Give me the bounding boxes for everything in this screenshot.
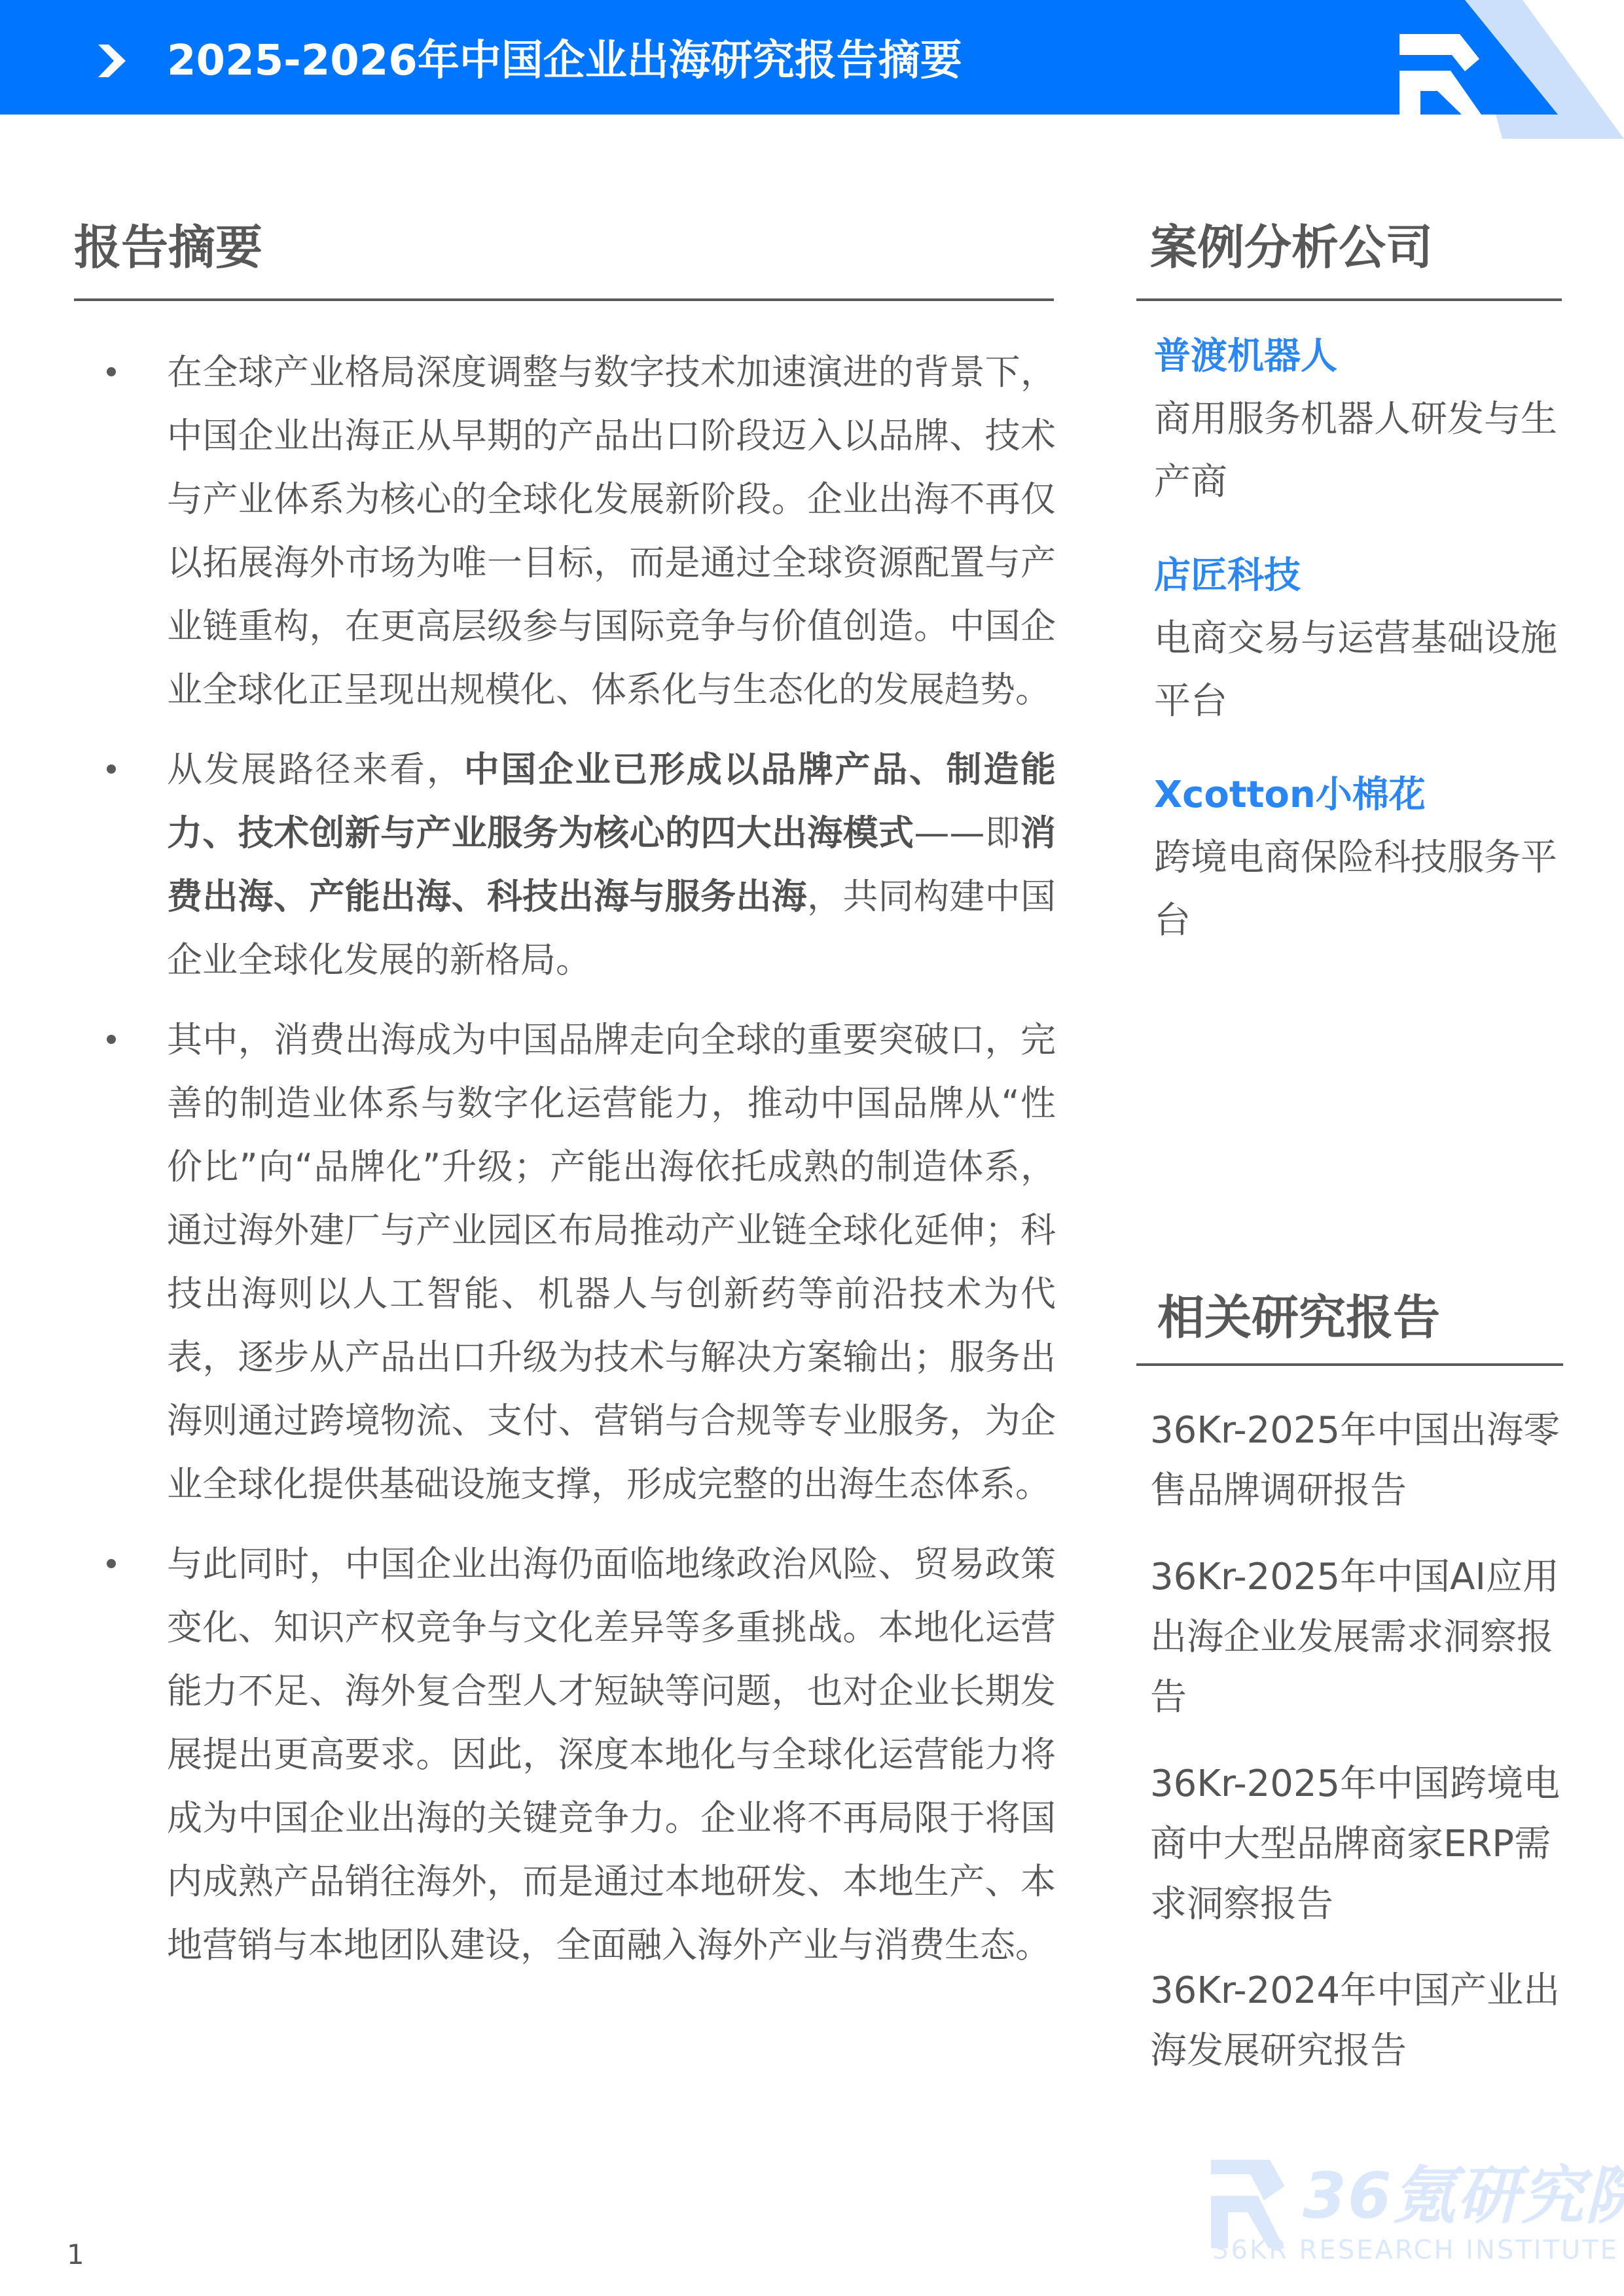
reports-divider (1136, 1363, 1563, 1366)
institute-watermark: 36氪研究院 36KR RESEARCH INSTITUTE (1204, 2147, 1597, 2265)
cases-divider (1136, 298, 1562, 301)
bullet-text: 在全球产业格局深度调整与数字技术加速演进的背景下，中国企业出海正从早期的产品出口… (167, 351, 1056, 710)
summary-heading: 报告摘要 (74, 218, 262, 277)
summary-bullet: 从发展路径来看，中国企业已形成以品牌产品、制造能力、技术创新与产业服务为核心的四… (74, 738, 1056, 992)
case-company-name: Xcotton小棉花 (1154, 769, 1566, 821)
related-report-link[interactable]: 36Kr-2025年中国AI应用出海企业发展需求洞察报告 (1150, 1547, 1569, 1728)
bullet-dot-icon (107, 764, 116, 774)
bullet-text: 其中，消费出海成为中国品牌走向全球的重要突破口，完善的制造业体系与数字化运营能力… (167, 1019, 1056, 1505)
reports-heading: 相关研究报告 (1157, 1288, 1440, 1347)
related-report-link[interactable]: 36Kr-2024年中国产业出海发展研究报告 (1150, 1961, 1569, 2081)
cases-heading: 案例分析公司 (1150, 218, 1433, 277)
36kr-r-logo-icon (1399, 34, 1481, 115)
case-item: 普渡机器人 商用服务机器人研发与生产商 (1154, 331, 1566, 514)
watermark-en-text: 36KR RESEARCH INSTITUTE (1212, 2234, 1619, 2267)
watermark-cn-text: 36氪研究院 (1303, 2160, 1624, 2232)
related-report-link[interactable]: 36Kr-2025年中国跨境电商中大型品牌商家ERP需求洞察报告 (1150, 1754, 1569, 1935)
case-item: Xcotton小棉花 跨境电商保险科技服务平台 (1154, 769, 1566, 952)
bullet-text: ——即 (914, 812, 1020, 853)
summary-bullet: 其中，消费出海成为中国品牌走向全球的重要突破口，完善的制造业体系与数字化运营能力… (74, 1008, 1056, 1516)
bullet-dot-icon (107, 1035, 116, 1044)
summary-divider (74, 298, 1054, 301)
case-company-desc: 电商交易与运营基础设施平台 (1154, 607, 1566, 733)
case-item: 店匠科技 电商交易与运营基础设施平台 (1154, 550, 1566, 733)
page-number: 1 (67, 2238, 84, 2271)
case-company-name: 普渡机器人 (1154, 331, 1566, 383)
summary-list: 在全球产业格局深度调整与数字技术加速演进的背景下，中国企业出海正从早期的产品出口… (74, 340, 1056, 1993)
case-company-desc: 跨境电商保险科技服务平台 (1154, 827, 1566, 952)
bullet-text: 从发展路径来看， (167, 749, 464, 790)
related-report-link[interactable]: 36Kr-2025年中国出海零售品牌调研报告 (1150, 1401, 1569, 1521)
chevron-right-icon (97, 45, 128, 77)
summary-bullet: 在全球产业格局深度调整与数字技术加速演进的背景下，中国企业出海正从早期的产品出口… (74, 340, 1056, 721)
page-header: 2025-2026年中国企业出海研究报告摘要 (0, 0, 1624, 139)
summary-bullet: 与此同时，中国企业出海仍面临地缘政治风险、贸易政策变化、知识产权竞争与文化差异等… (74, 1532, 1056, 1977)
case-company-name: 店匠科技 (1154, 550, 1566, 602)
bullet-text: 与此同时，中国企业出海仍面临地缘政治风险、贸易政策变化、知识产权竞争与文化差异等… (167, 1543, 1056, 1965)
bullet-dot-icon (107, 367, 116, 376)
report-title: 2025-2026年中国企业出海研究报告摘要 (167, 31, 962, 90)
related-report-list: 36Kr-2025年中国出海零售品牌调研报告 36Kr-2025年中国AI应用出… (1150, 1401, 1569, 2108)
bullet-dot-icon (107, 1559, 116, 1568)
case-list: 普渡机器人 商用服务机器人研发与生产商 店匠科技 电商交易与运营基础设施平台 X… (1154, 331, 1566, 988)
case-company-desc: 商用服务机器人研发与生产商 (1154, 388, 1566, 514)
